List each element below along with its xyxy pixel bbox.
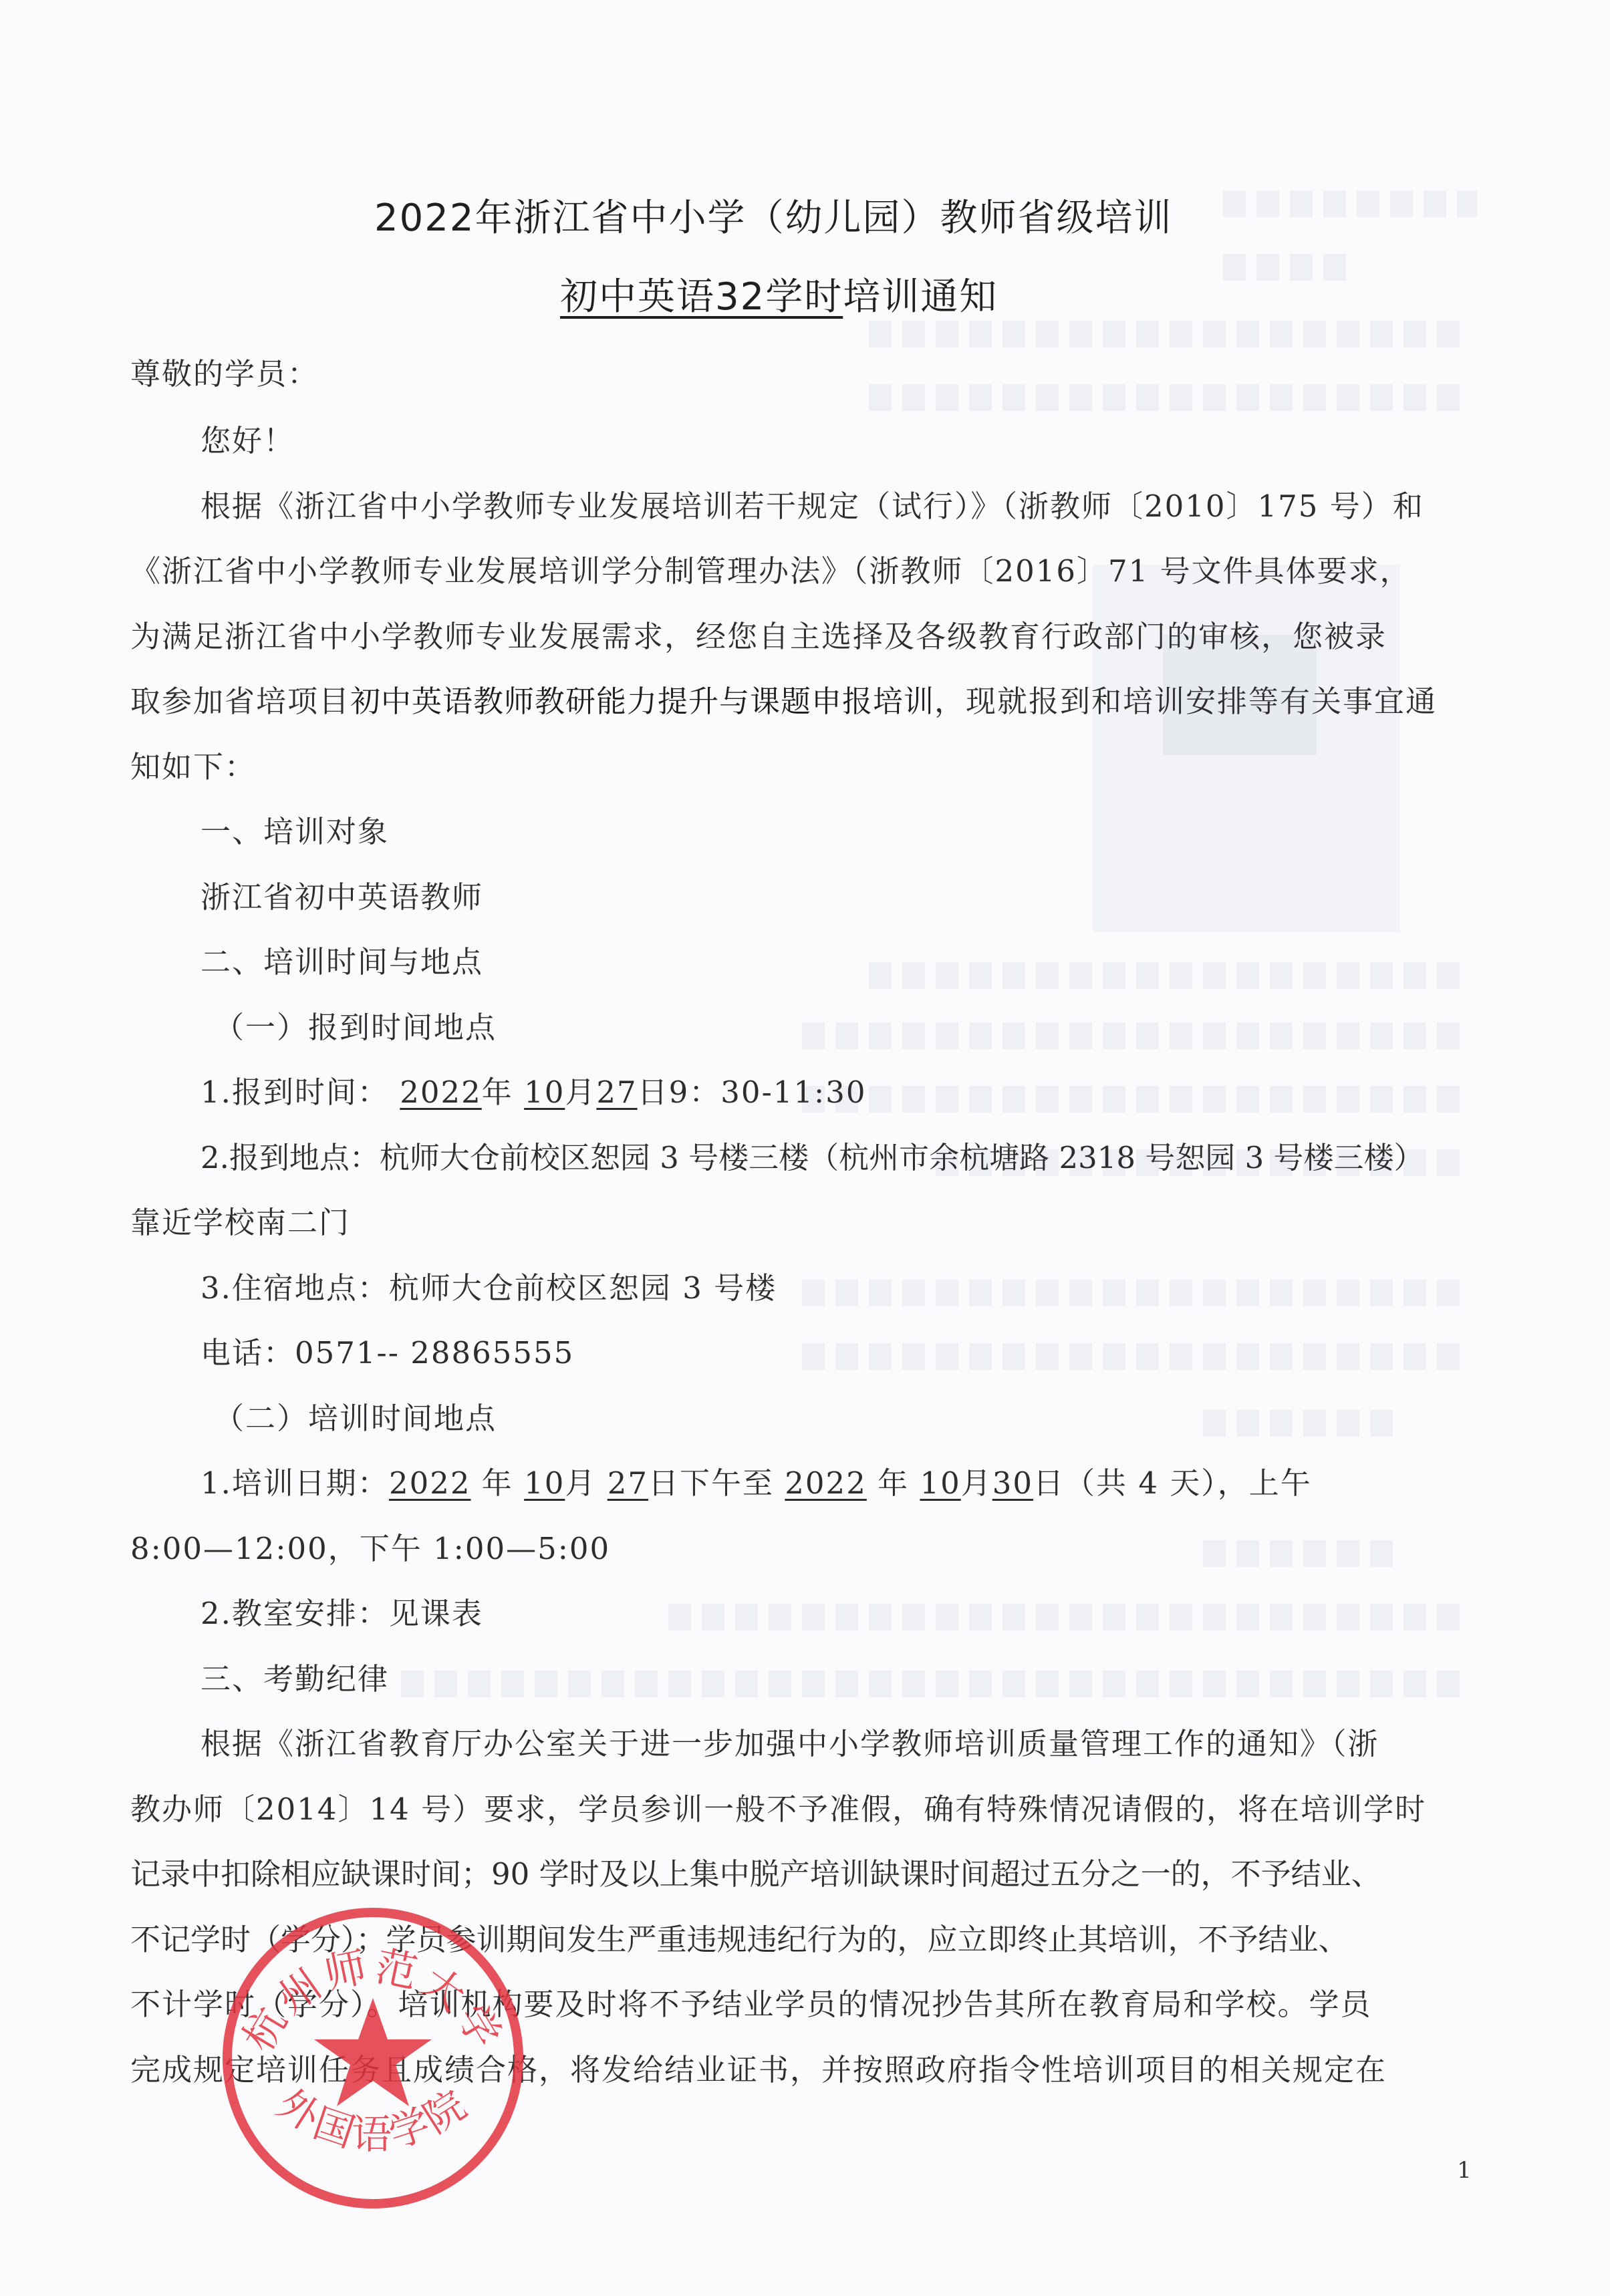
project-name: 初中英语教师教研能力提升与课题申报培训 (350, 684, 934, 719)
bleed-through-text (802, 1022, 1470, 1049)
checkin-place: 2.报到地点：杭师大仓前校区恕园 3 号楼三楼（杭州市余杭塘路 2318 号恕园… (200, 1138, 1424, 1178)
year-label: 年 (482, 1465, 513, 1501)
daily-hours: 8:00—12:00，下午 1:00—5:00 (130, 1529, 610, 1569)
phone-number: 0571-- 28865555 (295, 1335, 574, 1371)
phone-label: 电话： (200, 1335, 295, 1371)
bleed-through-text (401, 1671, 1470, 1697)
intro-line: 《浙江省中小学教师专业发展培训学分制管理办法》（浙教师〔2016〕71 号文件具… (130, 551, 1412, 591)
end-day: 30 (992, 1465, 1033, 1501)
month-label: 月 (565, 1465, 596, 1501)
label: 1.培训日期： (200, 1465, 389, 1501)
bleed-through-text (802, 1343, 1470, 1370)
duration: 日（共 4 天），上午 (1033, 1465, 1312, 1501)
checkin-day: 27 (596, 1074, 637, 1110)
checkin-place-cont: 靠近学校南二门 (130, 1203, 350, 1243)
bleed-through-text (802, 1086, 1470, 1113)
section-body: 浙江省初中英语教师 (200, 877, 483, 917)
subtitle-rest: 培训通知 (843, 275, 998, 319)
label: 1.报到时间： (200, 1074, 389, 1110)
bleed-through-text (1203, 1410, 1403, 1437)
section-heading: 三、考勤纪律 (200, 1659, 389, 1699)
section-heading: 一、培训对象 (200, 812, 389, 852)
section-body-line: 根据《浙江省教育厅办公室关于进一步加强中小学教师培训质量管理工作的通知》（浙 (200, 1724, 1379, 1764)
svg-text:外国语学院: 外国语学院 (269, 2080, 477, 2158)
training-dates: 1.培训日期：2022 年 10月 27日下午至 2022 年 10月30日（共… (200, 1463, 1312, 1503)
bleed-through-text (668, 1604, 1470, 1630)
intro-line: 知如下： (130, 747, 256, 787)
intro-prefix: 取参加省培项目 (130, 684, 350, 719)
section-body-line: 记录中扣除相应缺课时间；90 学时及以上集中脱产培训缺课时间超过五分之一的，不予… (130, 1854, 1381, 1894)
month-label: 月 (565, 1074, 596, 1110)
greeting: 您好！ (200, 421, 295, 461)
bleed-through-text (1203, 1540, 1403, 1567)
salutation: 尊敬的学员： (130, 354, 319, 394)
bleed-through-text (1223, 254, 1357, 281)
start-year: 2022 (389, 1465, 471, 1501)
bleed-through-text (869, 962, 1470, 989)
subsection-heading: （二）培训时间地点 (214, 1399, 497, 1439)
start-suffix: 日下午至 (648, 1465, 774, 1501)
document-title: 2022年浙江省中小学（幼儿园）教师省级培训 (374, 195, 1173, 242)
intro-line: 根据《浙江省中小学教师专业发展培训若干规定（试行）》（浙教师〔2010〕175 … (200, 486, 1424, 527)
seal-bottom-text: 外国语学院 (269, 2080, 477, 2158)
lodging: 3.住宿地点：杭师大仓前校区恕园 3 号楼 (200, 1268, 777, 1308)
section-heading: 二、培训时间与地点 (200, 942, 483, 982)
checkin-month: 10 (524, 1074, 565, 1110)
star-icon (314, 1998, 432, 2106)
subtitle-underlined: 初中英语32学时 (560, 275, 843, 319)
intro-line: 取参加省培项目初中英语教师教研能力提升与课题申报培训，现就报到和培训安排等有关事… (130, 682, 1437, 722)
official-seal-stamp: 杭州师范大学 外国语学院 (213, 1898, 533, 2218)
bleed-through-text (869, 321, 1470, 347)
checkin-year: 2022 (400, 1074, 482, 1110)
classroom: 2.教室安排：见课表 (200, 1594, 483, 1634)
subsection-heading: （一）报到时间地点 (214, 1008, 497, 1048)
start-day: 27 (608, 1465, 648, 1501)
year-label: 年 (482, 1074, 513, 1110)
month-label: 月 (961, 1465, 992, 1501)
day-label: 日 (638, 1074, 669, 1110)
checkin-time: 1.报到时间： 2022年 10月27日9：30-11:30 (200, 1072, 866, 1113)
checkin-hours: 9：30-11:30 (669, 1074, 867, 1110)
intro-suffix: ，现就报到和培训安排等有关事宜通 (934, 684, 1437, 719)
section-body-line: 教办师〔2014〕14 号）要求，学员参训一般不予准假，确有特殊情况请假的，将在… (130, 1789, 1426, 1830)
end-month: 10 (920, 1465, 960, 1501)
document-page: 2022年浙江省中小学（幼儿园）教师省级培训 初中英语32学时培训通知 尊敬的学… (0, 0, 1610, 2296)
bleed-through-text (869, 384, 1470, 411)
document-subtitle: 初中英语32学时培训通知 (560, 274, 998, 321)
start-month: 10 (524, 1465, 565, 1501)
end-year: 2022 (785, 1465, 867, 1501)
phone: 电话：0571-- 28865555 (200, 1333, 574, 1373)
bleed-through-text (802, 1280, 1470, 1306)
intro-line: 为满足浙江省中小学教师专业发展需求，经您自主选择及各级教育行政部门的审核，您被录 (130, 617, 1387, 657)
bleed-through-text (1223, 190, 1477, 217)
page-number: 1 (1457, 2157, 1472, 2184)
year-label: 年 (878, 1465, 909, 1501)
